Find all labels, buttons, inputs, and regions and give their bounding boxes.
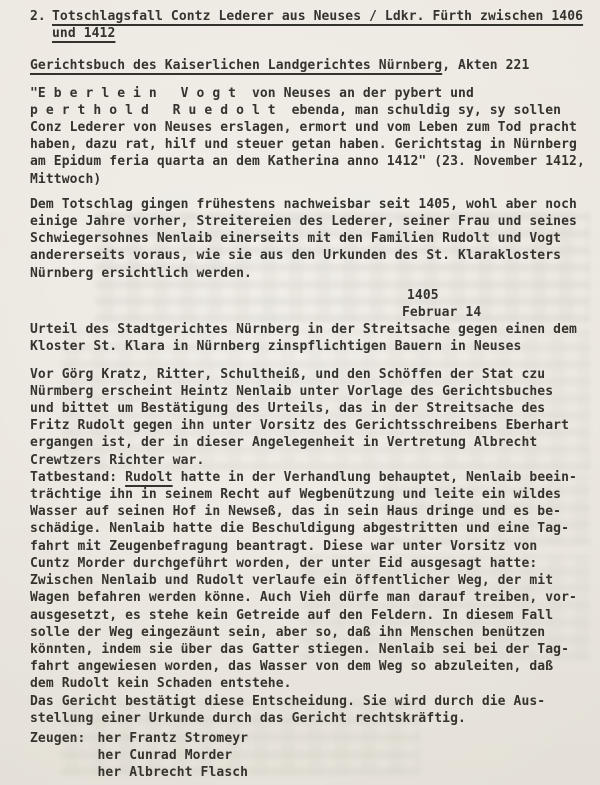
tatbestand-label: Tatbestand: bbox=[30, 470, 125, 485]
tatbestand-paragraph: Tatbestand: Rudolt hatte in der Verhandl… bbox=[30, 469, 590, 693]
proceedings-paragraph: Vor Görg Kratz, Ritter, Schultheiß, und … bbox=[30, 366, 590, 469]
witness-name: her Frantz Stromeyr bbox=[98, 730, 249, 747]
page-content: 2. Totschlagsfall Contz Lederer aus Neus… bbox=[0, 0, 600, 782]
section-number: 2. bbox=[30, 8, 46, 25]
regest-date-day: Februar 14 bbox=[402, 304, 590, 321]
section-title-line2: und 1412 bbox=[52, 26, 115, 41]
tatbestand-first-line-rest: hatte in der Verhandlung behauptet, Nenl… bbox=[173, 470, 577, 485]
witness-name: her Cunrad Morder bbox=[98, 747, 249, 764]
source-reference: Gerichtsbuch des Kaiserlichen Landgerich… bbox=[30, 57, 590, 74]
source-reference-suffix: , Akten 221 bbox=[442, 58, 529, 73]
witness-names: her Frantz Stromeyr her Cunrad Morder he… bbox=[98, 730, 249, 782]
document-page: 2. Totschlagsfall Contz Lederer aus Neus… bbox=[0, 0, 600, 785]
section-title-line1: Totschlagsfall Contz Lederer aus Neuses … bbox=[52, 9, 583, 24]
regest-title: Urteil des Stadtgerichtes Nürnberg in de… bbox=[30, 321, 590, 355]
tatbestand-continuation: trächtige ihn in seinem Recht auf Wegben… bbox=[30, 486, 590, 692]
witness-list: Zeugen: her Frantz Stromeyr her Cunrad M… bbox=[30, 730, 590, 782]
regest-date: 1405 Februar 14 bbox=[30, 287, 590, 321]
witness-label: Zeugen: bbox=[30, 730, 86, 747]
court-record-quotation: "E b e r l e i n V o g t von Neuses an d… bbox=[30, 85, 590, 188]
background-paragraph: Dem Totschlag gingen frühestens nachweis… bbox=[30, 196, 590, 282]
witness-name: her Albrecht Flasch bbox=[98, 764, 249, 781]
section-title: Totschlagsfall Contz Lederer aus Neuses … bbox=[52, 8, 590, 42]
section-heading: 2. Totschlagsfall Contz Lederer aus Neus… bbox=[52, 8, 590, 42]
verdict-paragraph: Das Gericht bestätigt diese Entscheidung… bbox=[30, 693, 590, 727]
tatbestand-name-underlined: Rudolt bbox=[125, 470, 173, 485]
tatbestand-first-line: Tatbestand: Rudolt hatte in der Verhandl… bbox=[30, 469, 590, 486]
regest-date-year: 1405 bbox=[407, 287, 590, 304]
source-reference-underlined: Gerichtsbuch des Kaiserlichen Landgerich… bbox=[30, 58, 442, 73]
